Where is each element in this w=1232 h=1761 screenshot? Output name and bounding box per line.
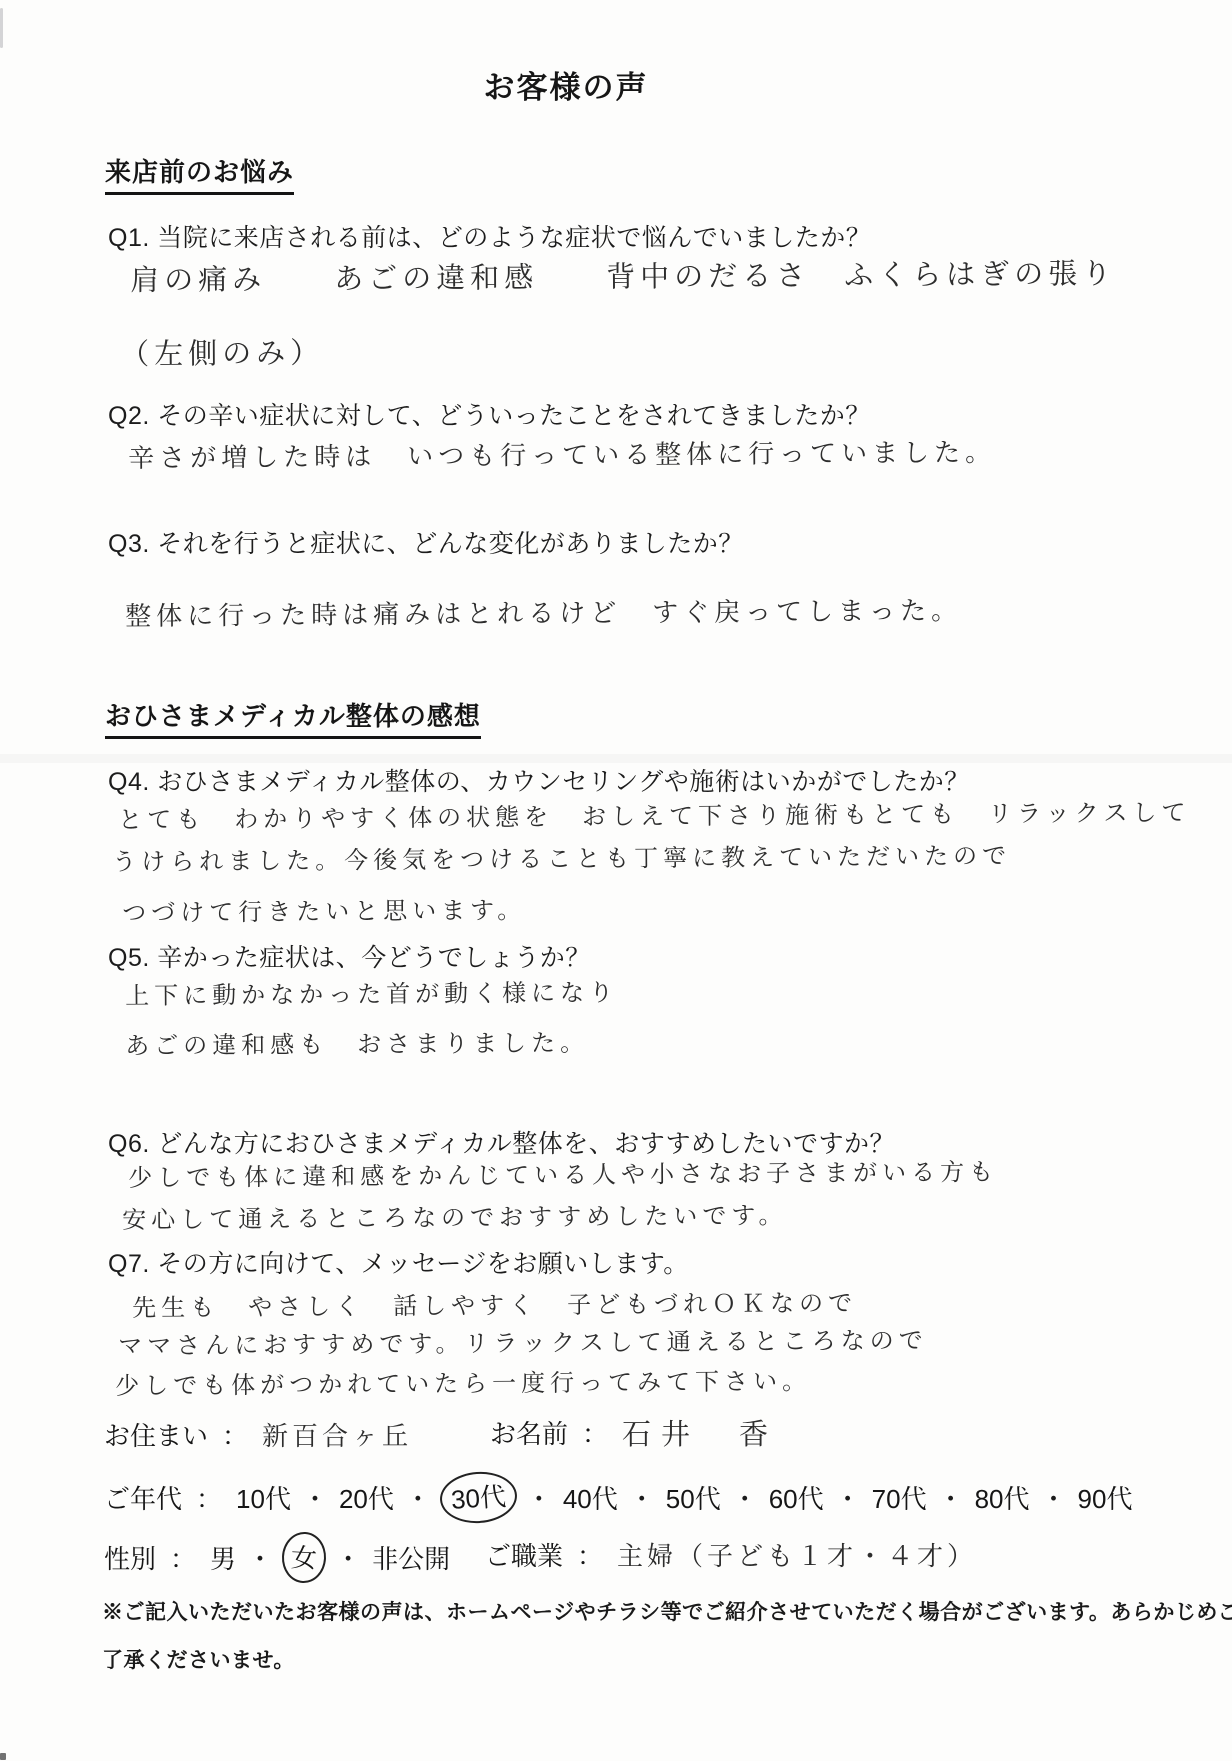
question-q3: Q3. それを行うと症状に、どんな変化がありましたか？ [108, 524, 744, 560]
residence-label: お住まい [104, 1416, 208, 1453]
gender-option-female-circled: 女 [281, 1531, 328, 1584]
separator-dot: ・ [526, 1479, 552, 1516]
q3-handwritten-answer-line-1: 整体に行った時は痛みはとれるけど すぐ戻ってしまった。 [125, 590, 962, 633]
separator-dot: ・ [732, 1479, 758, 1516]
colon: ： [170, 1539, 196, 1576]
age-label: ご年代 [104, 1479, 182, 1516]
q4-handwritten-answer-line-1: とても わかりやすく体の状態を おしえて下さり施術もとても リラックスして [118, 793, 1190, 835]
gender-row: 性別 ： 男 ・ 女 ・ 非公開 [104, 1538, 450, 1577]
separator-dot: ・ [335, 1539, 361, 1576]
separator-dot: ・ [302, 1479, 328, 1516]
question-q5: Q5. 辛かった症状は、今どうでしょうか？ [108, 938, 591, 974]
question-q7: Q7. その方に向けて、メッセージをお願いします。 [108, 1244, 689, 1280]
colon: ： [196, 1479, 222, 1516]
gender-option-male: 男 [210, 1539, 236, 1576]
separator-dot: ・ [629, 1479, 655, 1516]
separator-dot: ・ [405, 1479, 431, 1516]
separator-dot: ・ [835, 1479, 861, 1516]
scanned-questionnaire-page: お客様の声 来店前のお悩み Q1. 当院に来店される前は、どのような症状で悩んで… [0, 0, 1232, 1761]
q2-handwritten-answer-line-1: 辛さが増した時は いつも行っている整体に行っていました。 [128, 432, 996, 475]
age-option-30s-circled: 30代 [438, 1469, 518, 1525]
q4-handwritten-answer-line-2: うけられました。今後気をつけることも丁寧に教えていただいたので [112, 836, 1011, 877]
occupation-row: ご職業 ： 主婦（子ども１才・４才） [485, 1536, 977, 1573]
name-label: お名前 [490, 1414, 568, 1451]
q5-handwritten-answer-line-1: 上下に動かなかった首が動く様になり [125, 973, 618, 1011]
section-heading-impressions-text: おひさまメディカル整体の感想 [105, 696, 481, 739]
q7-handwritten-answer-line-1: 先生も やさしく 話しやすく 子どもづれＯＫなので [132, 1283, 857, 1323]
q7-handwritten-answer-line-2: ママさんにおすすめです。リラックスして通えるところなので [118, 1320, 928, 1361]
q5-handwritten-answer-line-2: あごの違和感も おさまりました。 [125, 1023, 589, 1061]
age-option-50s: 50代 [666, 1479, 721, 1516]
q1-handwritten-answer-line-2: （左側のみ） [120, 331, 324, 373]
occupation-handwritten-value: 主婦（子ども１才・４才） [617, 1536, 977, 1573]
q4-handwritten-answer-line-3: つづけて行きたいと思います。 [122, 890, 526, 928]
age-option-20s: 20代 [339, 1479, 394, 1516]
section-heading-impressions: おひさまメディカル整体の感想 [105, 696, 481, 739]
colon: ： [582, 1414, 608, 1451]
question-q1: Q1. 当院に来店される前は、どのような症状で悩んでいましたか？ [108, 218, 871, 254]
question-q2: Q2. その辛い症状に対して、どういったことをされてきましたか？ [108, 396, 871, 432]
age-option-70s: 70代 [872, 1479, 927, 1516]
section-heading-before-visit-text: 来店前のお悩み [105, 152, 294, 195]
age-row: ご年代 ： 10代 ・ 20代 ・ 30代 ・ 40代 ・ 50代 ・ 60代 … [104, 1478, 1132, 1517]
age-option-10s: 10代 [236, 1479, 291, 1516]
separator-dot: ・ [938, 1479, 964, 1516]
scan-edge-artifact-top [0, 8, 3, 48]
q1-handwritten-answer-line-1: 肩の痛み あごの違和感 背中のだるさ ふくらはぎの張り [130, 251, 1116, 299]
age-option-90s: 90代 [1078, 1479, 1133, 1516]
scan-edge-artifact-bottom [0, 1753, 6, 1760]
separator-dot: ・ [1041, 1479, 1067, 1516]
residence-row: お住まい ： 新百合ヶ丘 [104, 1416, 412, 1453]
question-q4: Q4. おひさまメディカル整体の、カウンセリングや施術はいかがでしたか？ [108, 762, 970, 798]
gender-option-private: 非公開 [372, 1539, 450, 1576]
age-option-80s: 80代 [975, 1479, 1030, 1516]
q7-handwritten-answer-line-3: 少しでも体がつかれていたら一度行ってみて下さい。 [115, 1361, 811, 1401]
name-row: お名前 ： 石井 香 [490, 1412, 778, 1453]
colon: ： [577, 1536, 603, 1573]
age-option-40s: 40代 [563, 1479, 618, 1516]
colon: ： [222, 1416, 248, 1453]
footer-note-line-2: 了承くださいませ。 [102, 1644, 295, 1674]
q6-handwritten-answer-line-2: 安心して通えるところなのでおすすめしたいです。 [122, 1195, 788, 1235]
name-handwritten-value: 石井 香 [622, 1412, 778, 1453]
gender-label: 性別 [104, 1539, 156, 1576]
q6-handwritten-answer-line-1: 少しでも体に違和感をかんじている人や小さなお子さまがいる方も [128, 1152, 998, 1193]
section-heading-before-visit: 来店前のお悩み [105, 152, 294, 195]
separator-dot: ・ [247, 1539, 273, 1576]
footer-note-line-1: ※ご記入いただいたお客様の声は、ホームページやチラシ等でご紹介させていただく場合… [102, 1596, 1232, 1626]
residence-handwritten-value: 新百合ヶ丘 [262, 1416, 412, 1453]
age-option-60s: 60代 [769, 1479, 824, 1516]
page-title: お客様の声 [0, 62, 1132, 107]
occupation-label: ご職業 [485, 1536, 563, 1573]
